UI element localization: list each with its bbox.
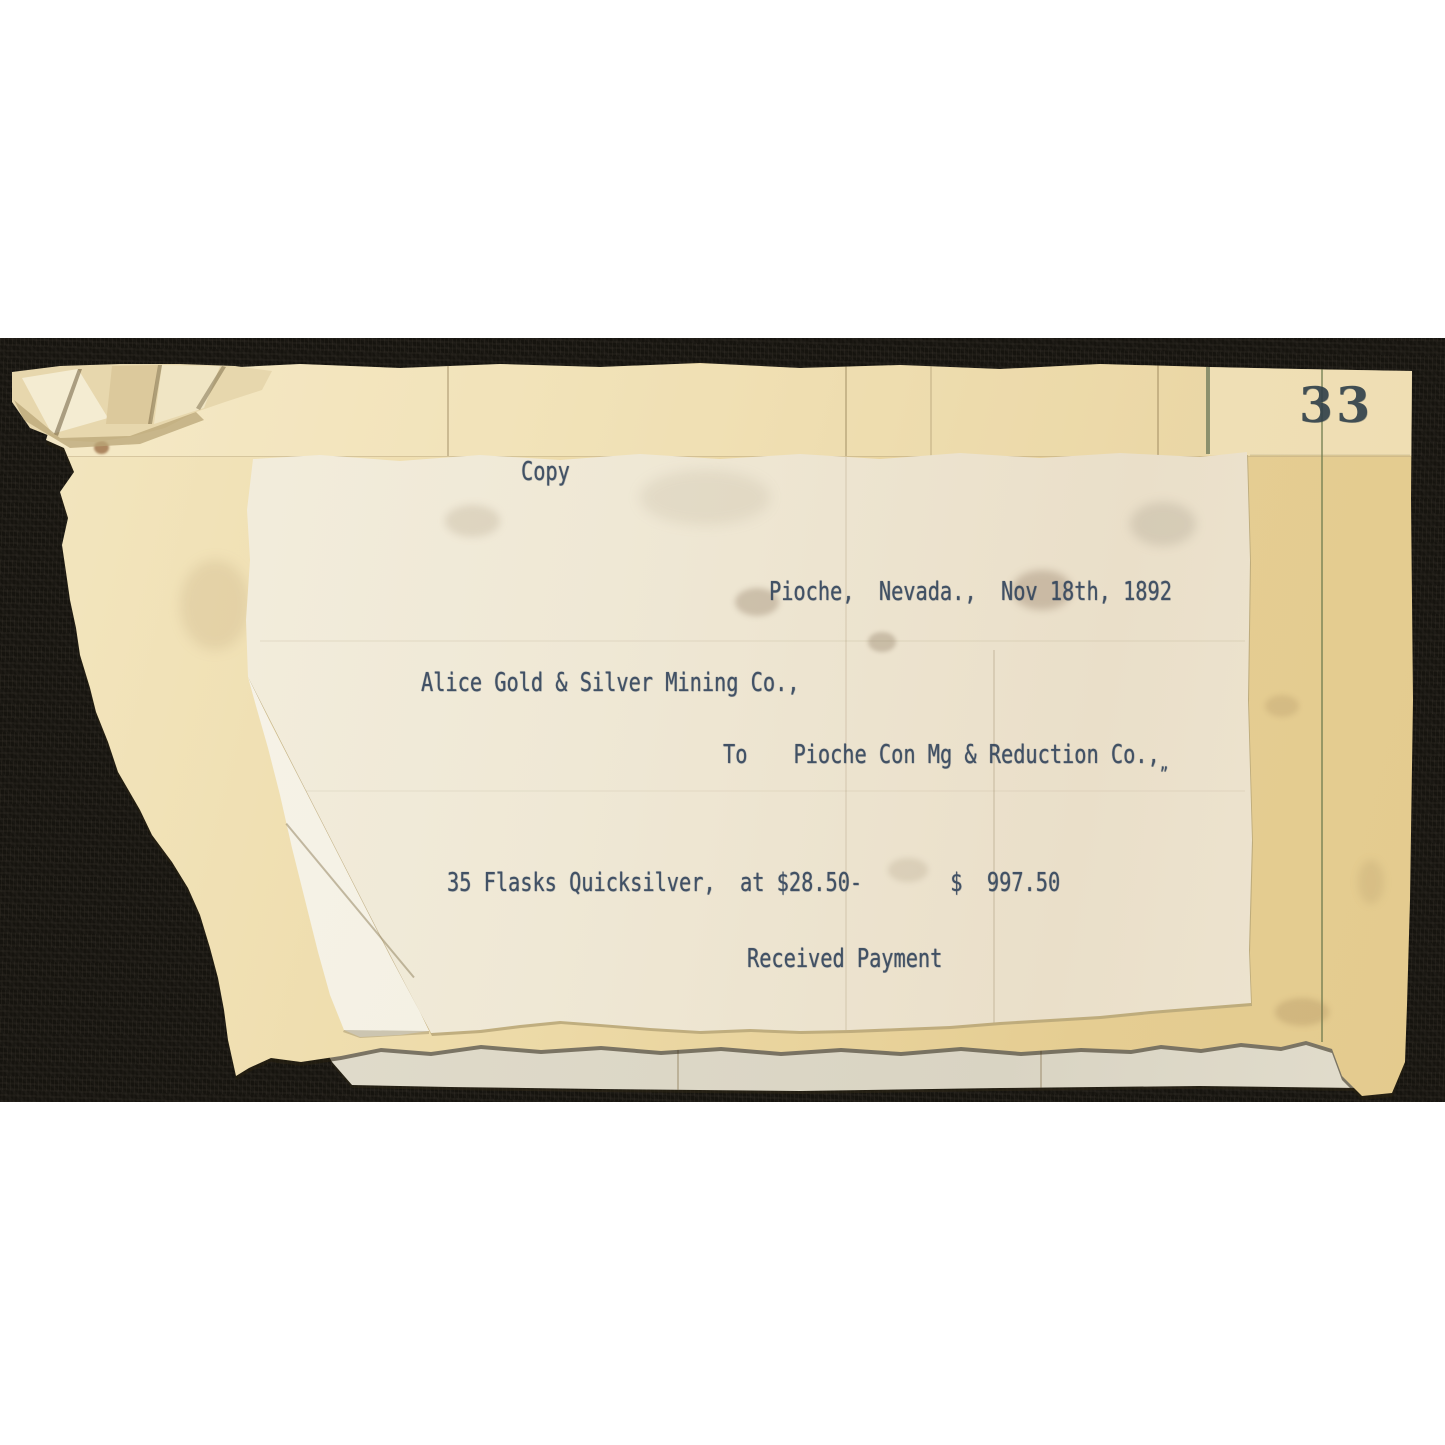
- product-photo-canvas: 33 Copy Pioche, Nevada., Nov 18th, 1892 …: [0, 0, 1445, 1445]
- ledger-crease: [930, 364, 932, 456]
- payee-name: Pioche Con Mg & Reduction Co.,: [793, 740, 1159, 770]
- stain-mark: [1358, 860, 1384, 904]
- receipt-crease: [993, 650, 995, 1030]
- billing-to-line: ToPioche Con Mg & Reduction Co.,„: [723, 741, 1168, 775]
- page-number: 33: [1299, 381, 1373, 430]
- dateline: Pioche, Nevada., Nov 18th, 1892: [769, 578, 1172, 608]
- receipt-crease: [260, 640, 1245, 642]
- stain-mark: [1130, 502, 1196, 546]
- item-description: 35 Flasks Quicksilver, at $28.50-: [447, 868, 862, 898]
- stain-mark: [640, 470, 770, 525]
- received-payment-line: Received Payment: [747, 945, 942, 975]
- line-item: 35 Flasks Quicksilver, at $28.50-$ 997.5…: [447, 869, 1060, 899]
- ledger-crease: [447, 364, 449, 456]
- ledger-crease: [1157, 364, 1159, 456]
- stain-mark: [445, 505, 500, 537]
- stain-mark: [180, 560, 250, 650]
- to-label: To: [723, 740, 747, 770]
- stain-mark: [1265, 695, 1299, 717]
- ledger-crease: [845, 364, 847, 456]
- copy-label: Copy: [521, 458, 570, 488]
- item-amount: $ 997.50: [950, 868, 1060, 898]
- ledger-rule-line: [1321, 366, 1323, 1042]
- stain-mark: [1275, 998, 1329, 1026]
- receipt-crease: [260, 790, 1245, 792]
- ledger-rule-line-short: [1206, 366, 1210, 454]
- stray-type-mark: „: [1160, 753, 1168, 774]
- stain-mark: [868, 632, 896, 652]
- addressee-line: Alice Gold & Silver Mining Co.,: [421, 669, 800, 699]
